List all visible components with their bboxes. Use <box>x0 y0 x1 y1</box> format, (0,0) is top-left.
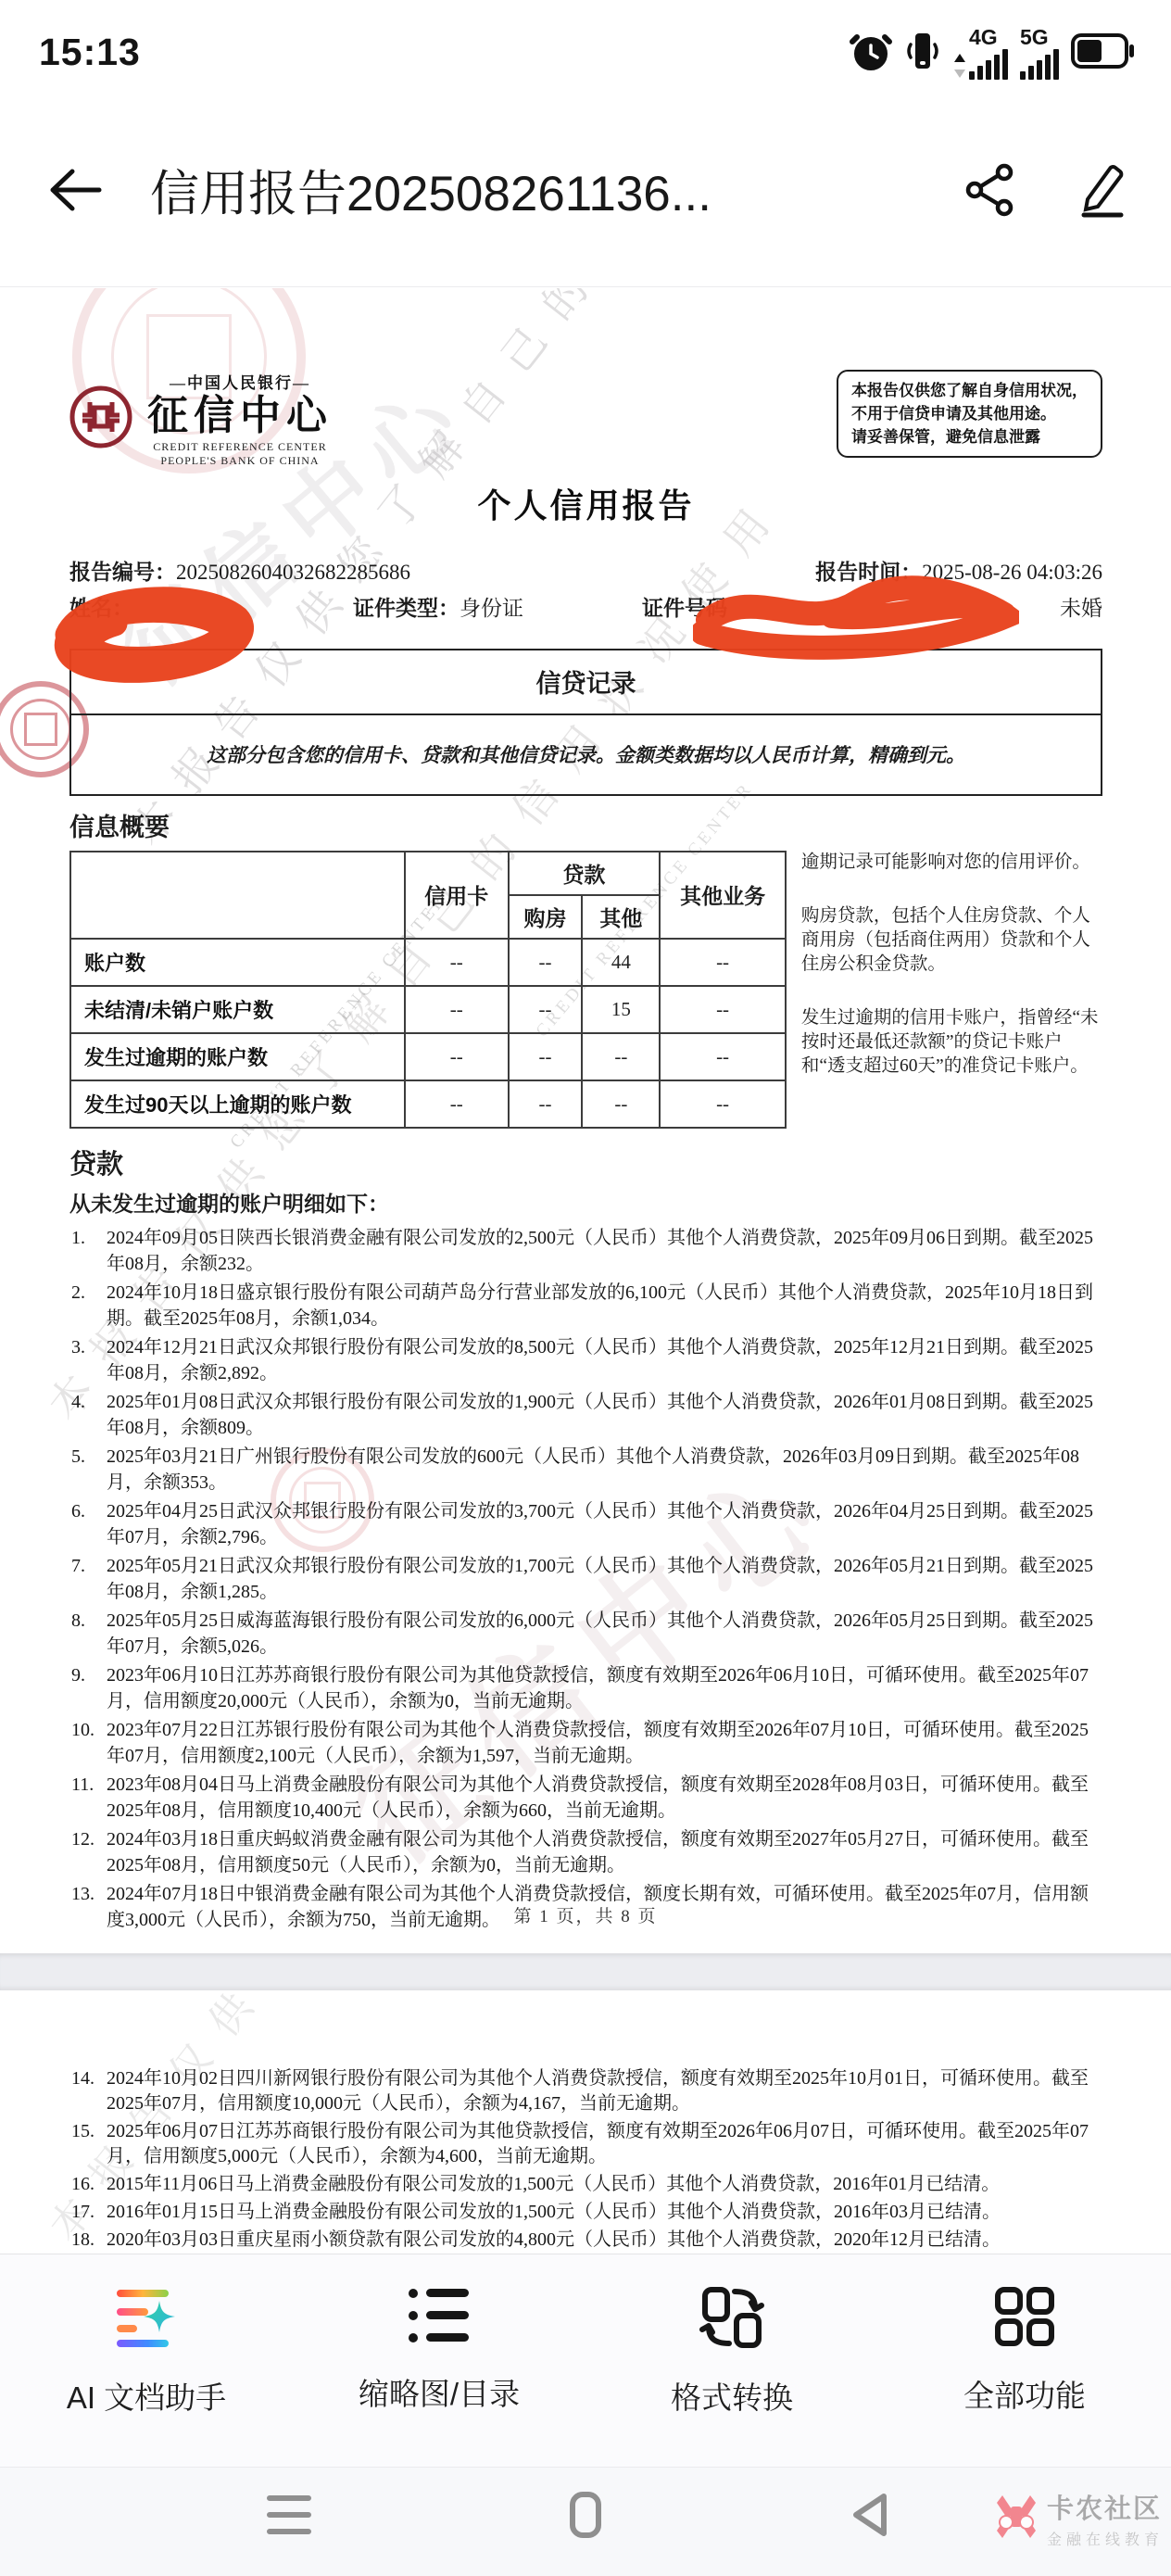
loan-item: 2023年07月22日江苏银行股份有限公司为其他个人消费贷款授信，额度有效期至2… <box>69 1717 1102 1769</box>
back-button[interactable] <box>48 168 102 212</box>
loan-item: 2024年09月05日陕西长银消费金融有限公司发放的2,500元（人民币）其他个… <box>69 1225 1102 1277</box>
clock-time: 15:13 <box>39 19 141 74</box>
report-number: 2025082604032682285686 <box>176 561 410 584</box>
android-nav-bar: 卡农社区 金融在线教育 <box>0 2467 1171 2576</box>
credit-record-header: 信贷记录 <box>71 650 1101 715</box>
logo-bank-line: —中国人民银行— <box>147 370 333 393</box>
edit-button[interactable] <box>1075 162 1128 218</box>
id-type: 身份证 <box>460 597 523 620</box>
kanong-logo-icon <box>995 2494 1038 2544</box>
pboc-seal-icon <box>69 385 132 453</box>
table-row: 发生过90天以上逾期的账户数 -- -- -- -- <box>70 1080 786 1128</box>
loan-item: 2025年06月07日江苏苏商银行股份有限公司为其他贷款授信，额度有效期至202… <box>69 2119 1102 2169</box>
thumbnail-toc-button[interactable]: 缩略图/目录 <box>293 2284 585 2414</box>
credit-record-section: 信贷记录 这部分包含您的信用卡、贷款和其他信贷记录。金额类数据均以人民币计算，精… <box>69 649 1102 796</box>
format-convert-button[interactable]: 格式转换 <box>585 2284 878 2418</box>
loans-subheading: 从未发生过逾期的账户明细如下： <box>69 1187 1102 1218</box>
logo-name: 征信中心 <box>147 393 333 440</box>
loan-item: 2025年03月21日广州银行股份有限公司发放的600元（人民币）其他个人消费贷… <box>69 1444 1102 1496</box>
credit-center-logo: —中国人民银行— 征信中心 CREDIT REFERENCE CENTER PE… <box>69 370 333 469</box>
credit-record-description: 这部分包含您的信用卡、贷款和其他信贷记录。金额类数据均以人民币计算，精确到元。 <box>71 715 1101 794</box>
document-title: 信用报告202508261136... <box>150 155 965 225</box>
bottom-toolbar: AI 文档助手 缩略图/目录 格式转换 <box>0 2254 1171 2467</box>
summary-table: 信用卡 贷款 其他业务 购房 其他 账户数 -- -- 44 -- <box>69 851 787 1129</box>
report-time: 2025-08-26 04:03:26 <box>922 561 1102 584</box>
alarm-icon <box>850 29 892 78</box>
kanong-watermark: 卡农社区 金融在线教育 <box>995 2488 1164 2549</box>
vibrate-icon <box>904 30 941 77</box>
home-button[interactable] <box>553 2482 618 2547</box>
all-features-icon <box>992 2284 1057 2354</box>
loan-item: 2024年03月18日重庆蚂蚁消费金融有限公司为其他个人消费贷款授信，额度有效期… <box>69 1826 1102 1878</box>
all-features-button[interactable]: 全部功能 <box>878 2284 1171 2416</box>
loan-item: 2015年11月06日马上消费金融股份有限公司发放的1,500元（人民币）其他个… <box>69 2172 1102 2197</box>
summary-heading: 信息概要 <box>69 807 1102 843</box>
format-convert-icon <box>698 2284 766 2355</box>
loan-item: 2025年01月08日武汉众邦银行股份有限公司发放的1,900元（人民币）其他个… <box>69 1389 1102 1441</box>
table-row: 发生过逾期的账户数 -- -- -- -- <box>70 1033 786 1080</box>
table-row: 账户数 -- -- 44 -- <box>70 939 786 986</box>
loan-item: 2024年10月18日盛京银行股份有限公司葫芦岛分行营业部发放的6,100元（人… <box>69 1280 1102 1332</box>
status-bar: 15:13 4G <box>0 0 1171 93</box>
note: 购房贷款，包括个人住房贷款、个人商用房（包括商住两用）贷款和个人住房公积金贷款。 <box>801 904 1102 977</box>
table-row: 未结清/未销户账户数 -- -- 15 -- <box>70 986 786 1033</box>
loan-list-page1: 2024年09月05日陕西长银消费金融有限公司发放的2,500元（人民币）其他个… <box>69 1225 1102 1933</box>
summary-side-notes: 逾期记录可能影响对您的信用评价。 购房贷款，包括个人住房贷款、个人商用房（包括商… <box>801 851 1102 1129</box>
phone-screen: 15:13 4G <box>0 0 1171 2576</box>
report-meta-row: 报告编号：2025082604032682285686 报告时间：2025-08… <box>69 555 1102 586</box>
loan-item: 2024年12月21日武汉众邦银行股份有限公司发放的8,500元（人民币）其他个… <box>69 1334 1102 1386</box>
loan-list-page2: 2024年10月02日四川新网银行股份有限公司为其他个人消费贷款授信，额度有效期… <box>69 2066 1102 2253</box>
share-button[interactable] <box>965 163 1017 217</box>
note: 逾期记录可能影响对您的信用评价。 <box>801 851 1102 875</box>
confidentiality-notice-box: 本报告仅供您了解自身信用状况， 不用于信贷申请及其他用途。 请妥善保管，避免信息… <box>837 370 1102 458</box>
identity-row: 姓名： 证件类型：身份证 证件号码 未婚 <box>69 591 1102 625</box>
document-header: —中国人民银行— 征信中心 CREDIT REFERENCE CENTER PE… <box>69 288 1102 469</box>
logo-english-2: PEOPLE'S BANK OF CHINA <box>147 454 333 469</box>
status-icons: 4G 5G <box>850 14 1136 80</box>
back-nav-button[interactable] <box>837 2482 901 2547</box>
loan-item: 2023年08月04日马上消费金融股份有限公司为其他个人消费贷款授信，额度有效期… <box>69 1772 1102 1824</box>
loan-item: 2016年01月15日马上消费金融股份有限公司发放的1,500元（人民币）其他个… <box>69 2200 1102 2225</box>
loan-item: 2023年06月10日江苏苏商银行股份有限公司为其他贷款授信，额度有效期至202… <box>69 1662 1102 1714</box>
loan-item: 2025年04月25日武汉众邦银行股份有限公司发放的3,700元（人民币）其他个… <box>69 1498 1102 1550</box>
thumbnail-toc-icon <box>406 2284 472 2352</box>
recents-button[interactable] <box>257 2482 321 2547</box>
loans-heading: 贷款 <box>69 1143 1102 1181</box>
page-number: 第 1 页，共 8 页 <box>0 1902 1171 1927</box>
ai-assistant-icon <box>111 2284 182 2355</box>
app-bar: 信用报告202508261136... <box>0 93 1171 287</box>
loan-item: 2025年05月25日威海蓝海银行股份有限公司发放的6,000元（人民币）其他个… <box>69 1608 1102 1660</box>
loan-item: 2024年10月02日四川新网银行股份有限公司为其他个人消费贷款授信，额度有效期… <box>69 2066 1102 2116</box>
report-page-1[interactable]: 本报告仅供您了解自己的信用状况使用 本报告仅供您了解自己的信用状况使用 征信中心… <box>0 288 1171 1953</box>
marital-status: 未婚 <box>1060 591 1102 622</box>
page-break-gap <box>0 1953 1171 1990</box>
logo-english-1: CREDIT REFERENCE CENTER <box>147 440 333 455</box>
kanong-subtitle: 金融在线教育 <box>1047 2528 1164 2549</box>
network-4g-icon: 4G <box>953 27 1008 80</box>
loan-item: 2025年05月21日武汉众邦银行股份有限公司发放的1,700元（人民币）其他个… <box>69 1553 1102 1605</box>
ai-doc-assistant-button[interactable]: AI 文档助手 <box>0 2284 293 2418</box>
loan-item: 2020年03月03日重庆星雨小额贷款有限公司发放的4,800元（人民币）其他个… <box>69 2228 1102 2253</box>
report-title: 个人信用报告 <box>69 480 1102 527</box>
kanong-title: 卡农社区 <box>1047 2488 1164 2526</box>
battery-icon <box>1071 33 1136 73</box>
note: 发生过逾期的信用卡账户，指曾经“未按时还最低还款额”的贷记卡账户和“透支超过60… <box>801 1006 1102 1079</box>
network-5g-icon: 5G <box>1020 27 1059 80</box>
report-page-2[interactable]: 本报告仅供您了解自己的信用状况使用 2024年10月02日四川新网银行股份有限公… <box>0 1990 1171 2254</box>
